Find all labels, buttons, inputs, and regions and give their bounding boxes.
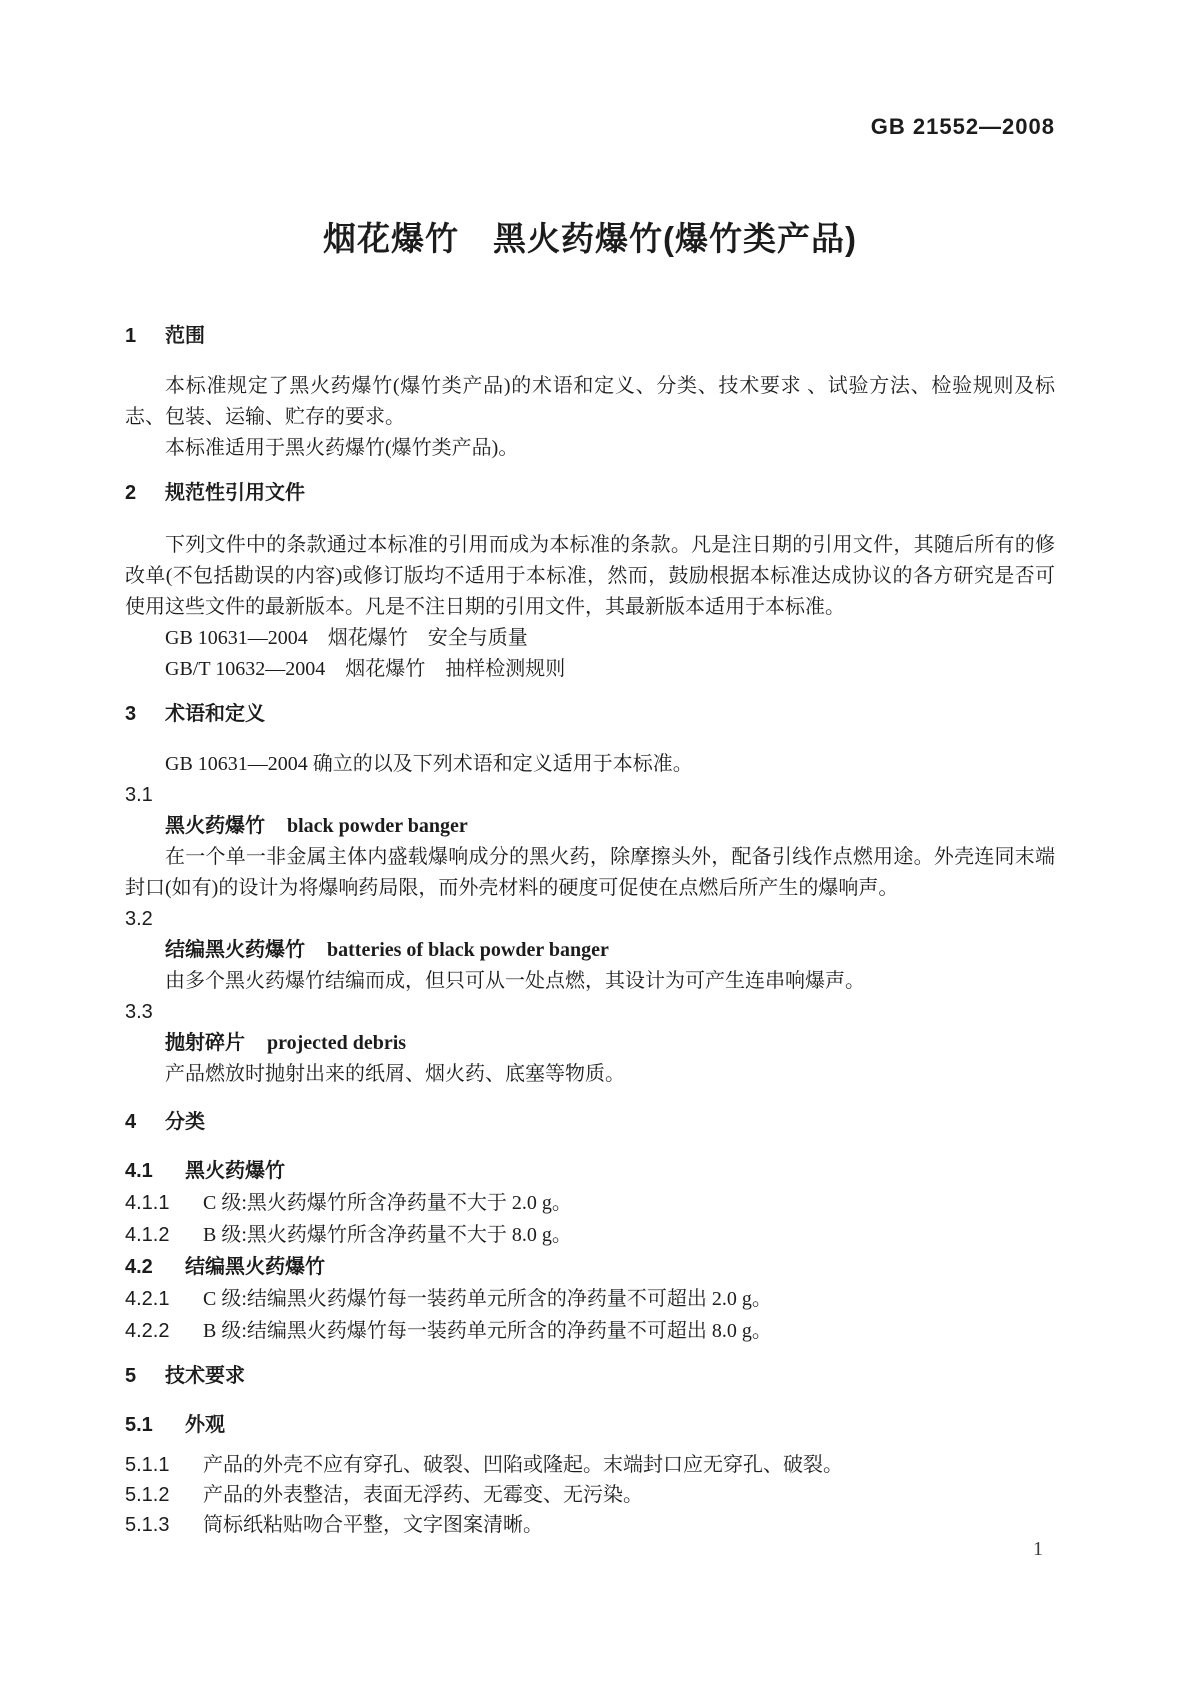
clause-item-4-1-2-number: 4.1.2 (125, 1219, 203, 1251)
clause-item-4-2-2-text: B 级:结编黑火药爆竹每一装药单元所含的净药量不可超出 8.0 g。 (203, 1320, 772, 1342)
term-3-3: 3.3 抛射碎片projected debris 产品燃放时抛射出来的纸屑、烟火… (125, 997, 1055, 1090)
scope-paragraph-2: 本标准适用于黑火药爆竹(爆竹类产品)。 (125, 433, 1055, 464)
clause-4-1-items: 4.1.1C 级:黑火药爆竹所含净药量不大于 2.0 g。 4.1.2B 级:黑… (125, 1187, 1055, 1251)
clause-item-5-1-3-text: 筒标纸粘贴吻合平整，文字图案清晰。 (203, 1514, 543, 1536)
clause-item-5-1-3: 5.1.3筒标纸粘贴吻合平整，文字图案清晰。 (125, 1510, 1055, 1540)
terms-intro: GB 10631—2004 确立的以及下列术语和定义适用于本标准。 (125, 749, 1055, 780)
clause-item-4-2-2-number: 4.2.2 (125, 1315, 203, 1347)
clause-5-1-heading: 5.1外观 (125, 1409, 1055, 1441)
clause-4-2-items: 4.2.1C 级:结编黑火药爆竹每一装药单元所含的净药量不可超出 2.0 g。 … (125, 1283, 1055, 1347)
clause-item-4-1-2-text: B 级:黑火药爆竹所含净药量不大于 8.0 g。 (203, 1224, 572, 1246)
clause-item-4-1-1: 4.1.1C 级:黑火药爆竹所含净药量不大于 2.0 g。 (125, 1187, 1055, 1219)
clause-4-1-heading: 4.1黑火药爆竹 (125, 1155, 1055, 1187)
document-content: GB 21552—2008 烟花爆竹 黑火药爆竹(爆竹类产品) 1范围 本标准规… (125, 0, 1055, 1540)
page-number: 1 (1033, 1536, 1043, 1562)
document-page: GB 21552—2008 烟花爆竹 黑火药爆竹(爆竹类产品) 1范围 本标准规… (0, 0, 1191, 1684)
clause-2-body: 下列文件中的条款通过本标准的引用而成为本标准的条款。凡是注日期的引用文件，其随后… (125, 530, 1055, 685)
clause-4-2-title: 结编黑火药爆竹 (185, 1256, 325, 1278)
term-3-1-number: 3.1 (125, 780, 1055, 811)
clause-item-4-2-1-text: C 级:结编黑火药爆竹每一装药单元所含的净药量不可超出 2.0 g。 (203, 1288, 772, 1310)
term-3-3-en: projected debris (267, 1032, 406, 1054)
clause-item-4-2-1: 4.2.1C 级:结编黑火药爆竹每一装药单元所含的净药量不可超出 2.0 g。 (125, 1283, 1055, 1315)
clause-item-5-1-3-number: 5.1.3 (125, 1510, 203, 1540)
clause-5-title: 技术要求 (165, 1365, 245, 1387)
term-3-3-zh: 抛射碎片 (165, 1032, 245, 1054)
clause-item-5-1-1-number: 5.1.1 (125, 1450, 203, 1480)
term-3-3-number: 3.3 (125, 997, 1055, 1028)
clause-2-heading: 2规范性引用文件 (125, 481, 1055, 505)
clause-1-body: 本标准规定了黑火药爆竹(爆竹类产品)的术语和定义、分类、技术要求 、试验方法、检… (125, 371, 1055, 464)
term-3-1-en: black powder banger (287, 815, 468, 837)
clause-4-1-title: 黑火药爆竹 (185, 1160, 285, 1182)
document-title: 烟花爆竹 黑火药爆竹(爆竹类产品) (125, 220, 1055, 258)
term-3-2-number: 3.2 (125, 904, 1055, 935)
clause-item-5-1-2: 5.1.2产品的外表整洁，表面无浮药、无霉变、无污染。 (125, 1480, 1055, 1510)
term-3-2-definition: 由多个黑火药爆竹结编而成，但只可从一处点燃，其设计为可产生连串响爆声。 (125, 966, 1055, 997)
term-3-2-title: 结编黑火药爆竹batteries of black powder banger (125, 935, 1055, 966)
clause-4-number: 4 (125, 1110, 165, 1134)
term-3-1-title: 黑火药爆竹black powder banger (125, 811, 1055, 842)
clause-1-number: 1 (125, 324, 165, 348)
clause-item-4-1-1-number: 4.1.1 (125, 1187, 203, 1219)
clause-1-title: 范围 (165, 325, 205, 347)
clause-item-4-2-2: 4.2.2B 级:结编黑火药爆竹每一装药单元所含的净药量不可超出 8.0 g。 (125, 1315, 1055, 1347)
clause-3-body: GB 10631—2004 确立的以及下列术语和定义适用于本标准。 3.1 黑火… (125, 749, 1055, 1090)
clause-3-heading: 3术语和定义 (125, 702, 1055, 726)
term-3-3-definition: 产品燃放时抛射出来的纸屑、烟火药、底塞等物质。 (125, 1059, 1055, 1090)
clause-2-number: 2 (125, 481, 165, 505)
term-3-2-en: batteries of black powder banger (327, 939, 609, 961)
clause-item-4-1-2: 4.1.2B 级:黑火药爆竹所含净药量不大于 8.0 g。 (125, 1219, 1055, 1251)
clause-5-1-number: 5.1 (125, 1409, 185, 1441)
term-3-1: 3.1 黑火药爆竹black powder banger 在一个单一非金属主体内… (125, 780, 1055, 904)
term-3-2: 3.2 结编黑火药爆竹batteries of black powder ban… (125, 904, 1055, 997)
clause-item-4-1-1-text: C 级:黑火药爆竹所含净药量不大于 2.0 g。 (203, 1192, 572, 1214)
clause-item-4-2-1-number: 4.2.1 (125, 1283, 203, 1315)
clause-4-title: 分类 (165, 1111, 205, 1133)
clause-item-5-1-2-number: 5.1.2 (125, 1480, 203, 1510)
clause-4-2-heading: 4.2结编黑火药爆竹 (125, 1251, 1055, 1283)
reference-line-1: GB 10631—2004 烟花爆竹 安全与质量 (125, 623, 1055, 654)
reference-line-2: GB/T 10632—2004 烟花爆竹 抽样检测规则 (125, 654, 1055, 685)
scope-paragraph-1: 本标准规定了黑火药爆竹(爆竹类产品)的术语和定义、分类、技术要求 、试验方法、检… (125, 371, 1055, 433)
clause-item-5-1-2-text: 产品的外表整洁，表面无浮药、无霉变、无污染。 (203, 1484, 643, 1506)
clause-item-5-1-1: 5.1.1产品的外壳不应有穿孔、破裂、凹陷或隆起。末端封口应无穿孔、破裂。 (125, 1450, 1055, 1480)
clause-5-1-title: 外观 (185, 1414, 225, 1436)
clause-2-title: 规范性引用文件 (165, 482, 305, 504)
clause-1-heading: 1范围 (125, 324, 1055, 348)
term-3-1-zh: 黑火药爆竹 (165, 815, 265, 837)
standard-code: GB 21552—2008 (125, 114, 1055, 140)
clause-5-heading: 5技术要求 (125, 1364, 1055, 1388)
term-3-2-zh: 结编黑火药爆竹 (165, 939, 305, 961)
clause-3-title: 术语和定义 (165, 703, 265, 725)
clause-4-2-number: 4.2 (125, 1251, 185, 1283)
term-3-3-title: 抛射碎片projected debris (125, 1028, 1055, 1059)
term-3-1-definition: 在一个单一非金属主体内盛载爆响成分的黑火药，除摩擦头外，配备引线作点燃用途。外壳… (125, 842, 1055, 904)
normative-references-paragraph: 下列文件中的条款通过本标准的引用而成为本标准的条款。凡是注日期的引用文件，其随后… (125, 530, 1055, 623)
clause-3-number: 3 (125, 702, 165, 726)
clause-4-1-number: 4.1 (125, 1155, 185, 1187)
clause-5-1-items: 5.1.1产品的外壳不应有穿孔、破裂、凹陷或隆起。末端封口应无穿孔、破裂。 5.… (125, 1450, 1055, 1540)
clause-4-heading: 4分类 (125, 1110, 1055, 1134)
clause-5-number: 5 (125, 1364, 165, 1388)
clause-item-5-1-1-text: 产品的外壳不应有穿孔、破裂、凹陷或隆起。末端封口应无穿孔、破裂。 (203, 1454, 843, 1476)
